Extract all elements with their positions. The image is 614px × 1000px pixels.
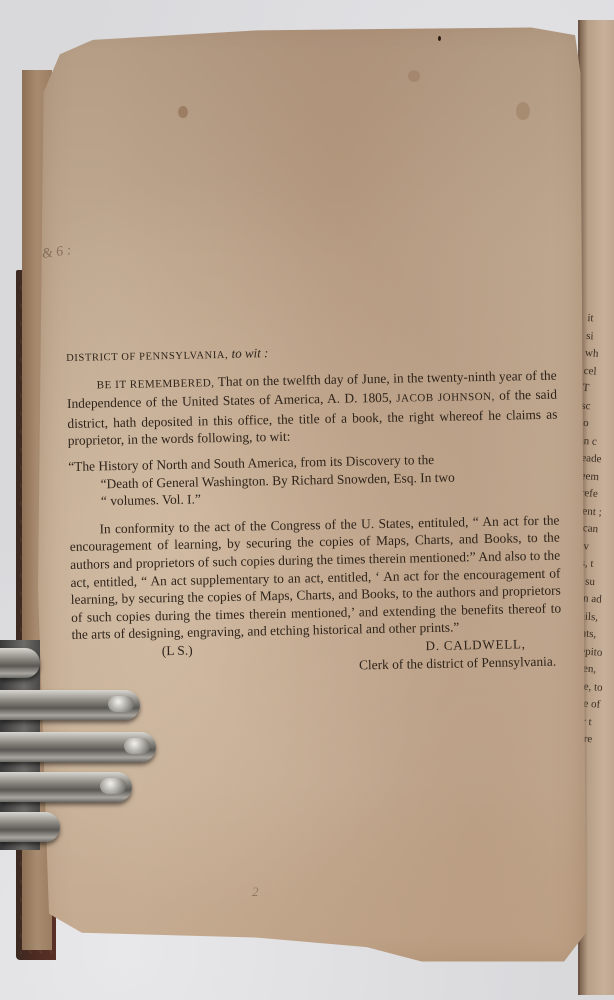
hand-finger bbox=[0, 812, 60, 842]
clerk-signature: D. CALDWELL, bbox=[425, 635, 526, 655]
fingernail bbox=[124, 738, 150, 754]
fingernail bbox=[108, 696, 134, 712]
registration-paragraph: Be it remembered, That on the twelfth da… bbox=[67, 366, 558, 450]
copyright-text: District of Pennsylvania, to wit : Be it… bbox=[66, 339, 562, 679]
foxing-spot bbox=[516, 102, 530, 120]
hand-finger bbox=[0, 772, 132, 802]
seal-mark: (L S.) bbox=[162, 642, 193, 660]
be-it-remembered: Be it remembered, bbox=[97, 377, 215, 391]
foxing-spot bbox=[408, 70, 420, 82]
silver-hand-page-holder bbox=[0, 640, 160, 850]
district-name: District of Pennsylvania, bbox=[66, 350, 228, 364]
hand-finger bbox=[0, 732, 156, 762]
hand-finger bbox=[0, 690, 140, 720]
proprietor-name: Jacob Johnson, bbox=[396, 391, 495, 405]
fingernail bbox=[100, 778, 126, 794]
to-wit: to wit : bbox=[231, 345, 268, 361]
book-title-quote: “The History of North and South America,… bbox=[68, 449, 559, 511]
ink-speck bbox=[438, 36, 441, 41]
pencil-page-number: 2 bbox=[252, 884, 259, 900]
foxing-spot bbox=[178, 106, 188, 118]
conformity-paragraph: In conformity to the act of the Congress… bbox=[69, 511, 561, 644]
hand-finger bbox=[0, 648, 40, 678]
